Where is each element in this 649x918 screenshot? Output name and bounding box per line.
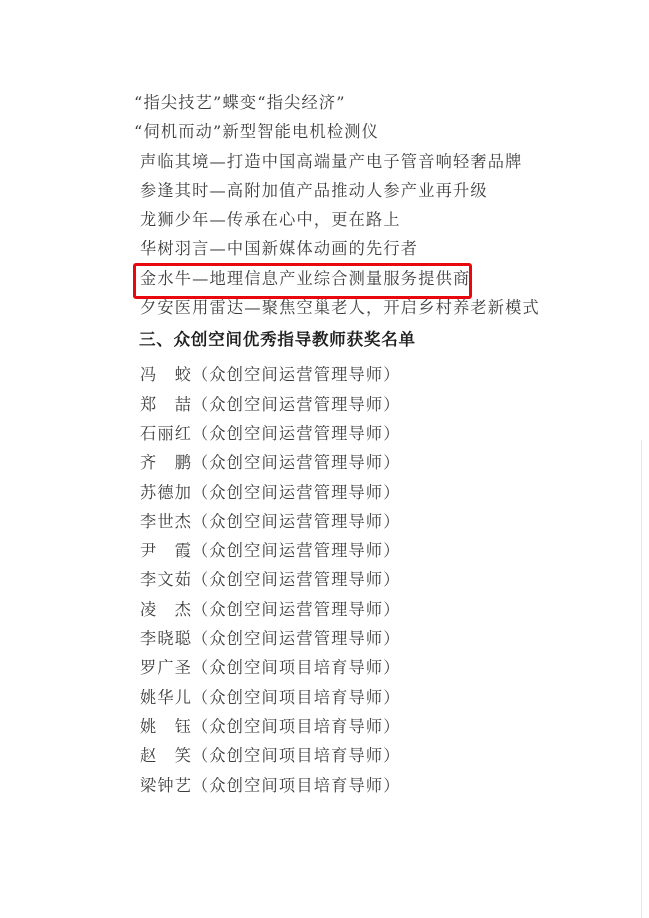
teacher-item: 冯 蛟（众创空间运营管理导师） bbox=[140, 360, 560, 389]
teacher-role: （众创空间项目培育导师） bbox=[192, 746, 401, 765]
teacher-name: 梁钟艺 bbox=[140, 771, 192, 800]
teacher-name: 姚华儿 bbox=[140, 683, 192, 712]
teacher-role: （众创空间项目培育导师） bbox=[192, 658, 401, 677]
teacher-name: 凌 杰 bbox=[140, 595, 192, 624]
teacher-role: （众创空间运营管理导师） bbox=[192, 629, 401, 648]
teacher-item: 罗广圣（众创空间项目培育导师） bbox=[140, 653, 560, 682]
teacher-item: 郑 喆（众创空间运营管理导师） bbox=[140, 390, 560, 419]
project-item: 龙狮少年—传承在心中，更在路上 bbox=[140, 205, 560, 234]
teacher-role: （众创空间运营管理导师） bbox=[192, 483, 401, 502]
teacher-item: 李文茹（众创空间运营管理导师） bbox=[140, 565, 560, 594]
teacher-item: 石丽红（众创空间运营管理导师） bbox=[140, 419, 560, 448]
teacher-role: （众创空间运营管理导师） bbox=[192, 570, 401, 589]
project-item: 声临其境—打造中国高端量产电子管音响轻奢品牌 bbox=[140, 147, 560, 176]
teacher-name: 郑 喆 bbox=[140, 390, 192, 419]
page-edge-line bbox=[641, 440, 642, 918]
teacher-item: 李世杰（众创空间运营管理导师） bbox=[140, 507, 560, 536]
teacher-item: 姚华儿（众创空间项目培育导师） bbox=[140, 683, 560, 712]
teacher-role: （众创空间运营管理导师） bbox=[192, 395, 401, 414]
teacher-role: （众创空间项目培育导师） bbox=[192, 776, 401, 795]
teacher-name: 尹 霞 bbox=[140, 536, 192, 565]
teacher-name: 齐 鹏 bbox=[140, 448, 192, 477]
teacher-role: （众创空间运营管理导师） bbox=[192, 365, 401, 384]
teacher-role: （众创空间运营管理导师） bbox=[192, 541, 401, 560]
teacher-item: 凌 杰（众创空间运营管理导师） bbox=[140, 595, 560, 624]
teacher-item: 姚 钰（众创空间项目培育导师） bbox=[140, 712, 560, 741]
teacher-name: 李世杰 bbox=[140, 507, 192, 536]
teacher-item: 赵 笑（众创空间项目培育导师） bbox=[140, 741, 560, 770]
teacher-role: （众创空间项目培育导师） bbox=[192, 688, 401, 707]
teacher-item: 苏德加（众创空间运营管理导师） bbox=[140, 478, 560, 507]
section-heading: 三、众创空间优秀指导教师获奖名单 bbox=[139, 322, 560, 360]
teacher-role: （众创空间运营管理导师） bbox=[192, 600, 401, 619]
project-item-highlighted: 金水牛—地理信息产业综合测量服务提供商 bbox=[140, 264, 560, 293]
teacher-name: 姚 钰 bbox=[140, 712, 192, 741]
teacher-role: （众创空间运营管理导师） bbox=[192, 424, 401, 443]
teacher-role: （众创空间运营管理导师） bbox=[192, 512, 401, 531]
teacher-name: 石丽红 bbox=[140, 419, 192, 448]
teacher-name: 罗广圣 bbox=[140, 653, 192, 682]
project-item: 夕安医用雷达—聚焦空巢老人，开启乡村养老新模式 bbox=[140, 293, 560, 322]
teacher-name: 赵 笑 bbox=[140, 741, 192, 770]
project-item: 华树羽言—中国新媒体动画的先行者 bbox=[140, 234, 560, 263]
teacher-role: （众创空间项目培育导师） bbox=[192, 717, 401, 736]
project-item: 参逢其时—高附加值产品推动人参产业再升级 bbox=[140, 176, 560, 205]
teacher-name: 李晓聪 bbox=[140, 624, 192, 653]
teacher-item: 梁钟艺（众创空间项目培育导师） bbox=[140, 771, 560, 800]
teacher-item: 李晓聪（众创空间运营管理导师） bbox=[140, 624, 560, 653]
teacher-item: 尹 霞（众创空间运营管理导师） bbox=[140, 536, 560, 565]
teacher-item: 齐 鹏（众创空间运营管理导师） bbox=[140, 448, 560, 477]
teacher-name: 李文茹 bbox=[140, 565, 192, 594]
teacher-name: 苏德加 bbox=[140, 478, 192, 507]
teacher-name: 冯 蛟 bbox=[140, 360, 192, 389]
teacher-role: （众创空间运营管理导师） bbox=[192, 453, 401, 472]
project-item: “指尖技艺”蝶变“指尖经济” bbox=[134, 88, 560, 117]
document-page: “指尖技艺”蝶变“指尖经济” “伺机而动”新型智能电机检测仪 声临其境—打造中国… bbox=[0, 0, 649, 918]
document-content: “指尖技艺”蝶变“指尖经济” “伺机而动”新型智能电机检测仪 声临其境—打造中国… bbox=[140, 88, 560, 800]
project-item: “伺机而动”新型智能电机检测仪 bbox=[134, 117, 560, 146]
